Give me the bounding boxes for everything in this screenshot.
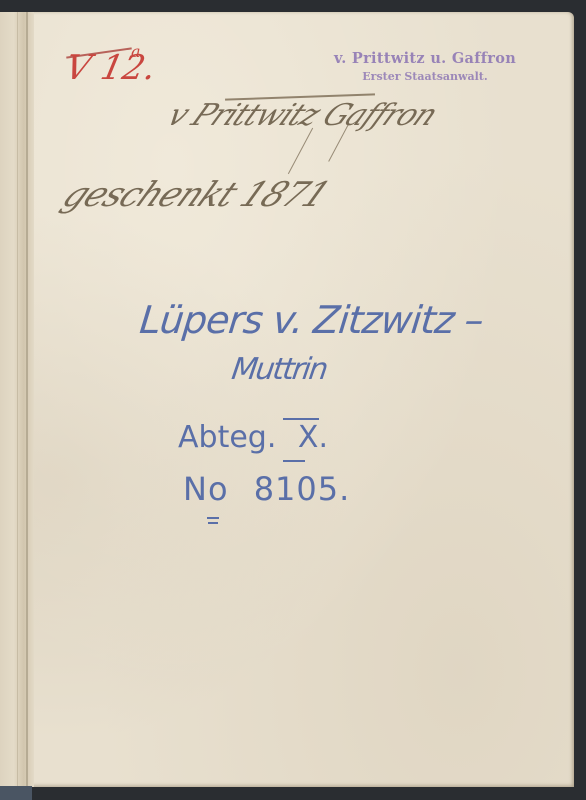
red-shelfmark-superscript: a — [131, 42, 141, 61]
inscription-number: 8105. — [254, 470, 351, 508]
number-sign-underline — [207, 517, 219, 519]
cover-edge — [0, 786, 32, 800]
inscription-number-label: No — [183, 470, 229, 508]
roman-underline — [283, 460, 305, 462]
owner-stamp: v. Prittwitz u. Gaffron Erster Staatsanw… — [310, 50, 540, 83]
inscription-line-1: Lüpers v. Zitzwitz – — [138, 298, 485, 342]
red-shelfmark: V 12. — [62, 48, 160, 88]
gutter-fold-line — [17, 12, 18, 787]
stamp-name: v. Prittwitz u. Gaffron — [310, 50, 540, 67]
inscription-line-2: Muttrin — [230, 352, 329, 387]
acquisition-note: geschenkt 1871 — [55, 175, 336, 215]
handwritten-signature: v Prittwitz Gaffron — [161, 98, 444, 133]
inscription-line-3: Abteg. X. — [178, 420, 328, 455]
inscription-line-4: No 8105. — [183, 470, 350, 508]
inscription-section-roman: X — [298, 420, 319, 455]
number-sign-underline — [208, 522, 218, 524]
inscription-section-suffix: . — [318, 420, 328, 455]
stamp-title: Erster Staatsanwalt. — [310, 70, 540, 83]
inscription-section-label: Abteg. — [178, 420, 276, 455]
roman-overline — [283, 418, 319, 420]
page-gutter — [0, 12, 34, 787]
gutter-fold-line — [26, 12, 28, 787]
